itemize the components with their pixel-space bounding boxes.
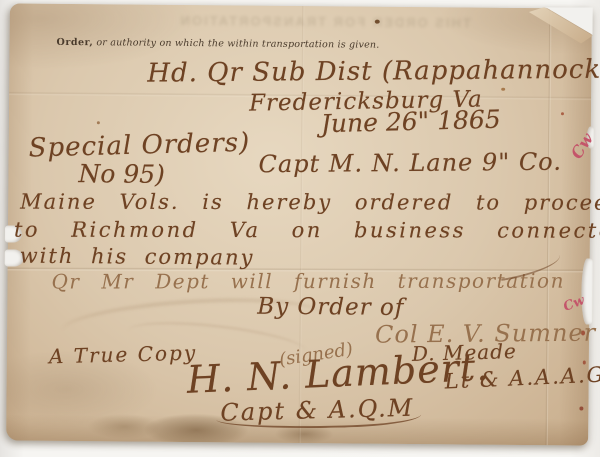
torn-notch-right-1	[581, 258, 593, 324]
printed-header: Order, or authority on which the within …	[57, 37, 380, 51]
document-paper: THIS ORDER FOR TRANSPORTATION Order, or …	[6, 3, 592, 445]
foxing-spot	[97, 121, 100, 124]
heading-line-date: June 26" 1865	[321, 105, 502, 139]
edge-speck	[579, 406, 583, 410]
printed-header-lead: Order,	[57, 37, 94, 48]
true-copy-note: A True Copy	[49, 341, 198, 369]
order-line-body-3: with his company	[20, 244, 255, 270]
foxing-spot	[561, 112, 564, 115]
bleed-through-text: THIS ORDER FOR TRANSPORTATION	[160, 13, 490, 31]
foxing-spot	[501, 88, 505, 91]
order-line-body-1: Maine Vols. is hereby ordered to proceed	[20, 190, 600, 215]
photo-backdrop: THIS ORDER FOR TRANSPORTATION Order, or …	[0, 0, 600, 457]
heading-line-district: Hd. Qr Sub Dist (Rappahannock	[147, 55, 600, 89]
order-title: Special Orders)	[28, 128, 250, 164]
order-line-transportation: Qr Mr Dept will furnish transportation	[51, 269, 565, 294]
order-number: No 95)	[78, 159, 165, 189]
order-line-captain: Capt M. N. Lane 9" Co.	[258, 148, 562, 179]
printed-header-rest: or authority on which the within transpo…	[93, 37, 379, 50]
order-line-body-2: to Richmond Va on business connected	[14, 218, 600, 243]
